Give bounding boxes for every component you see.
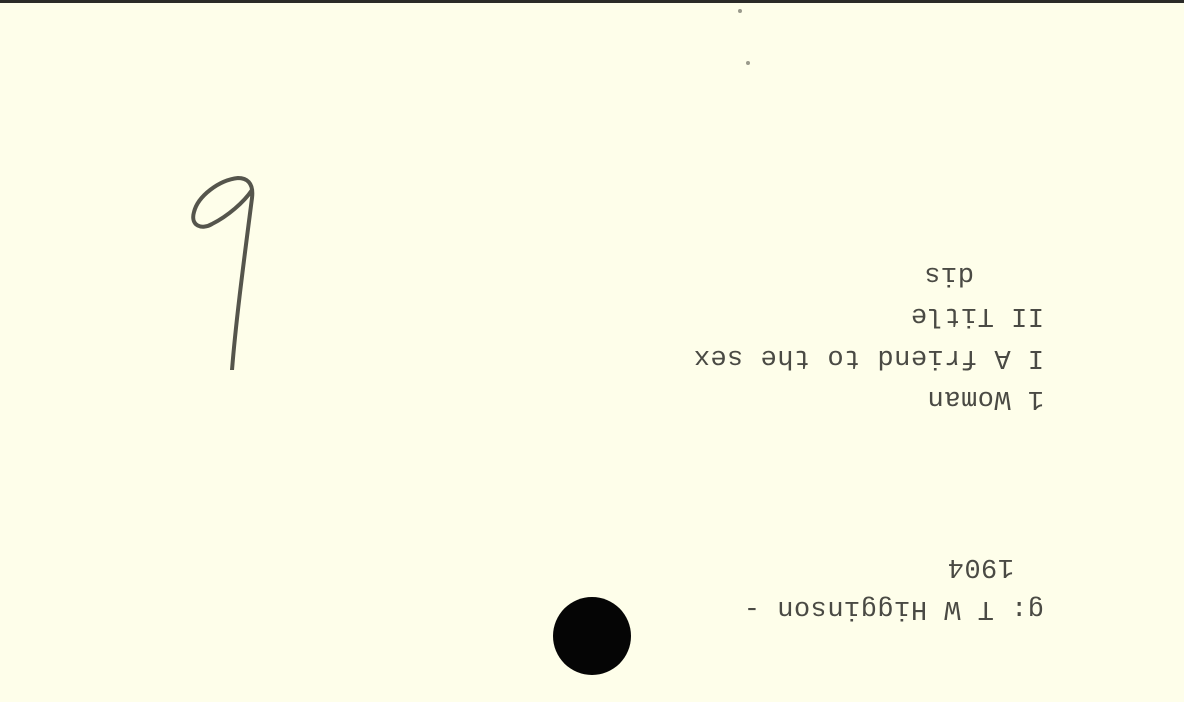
card-year: 1904 xyxy=(947,552,1014,579)
card-content-rotated: g: T W Higginson - 1904 1 Woman I A frie… xyxy=(0,3,1184,702)
card-heading: g: T W Higginson - xyxy=(743,594,1044,621)
entry-line: I A friend to the sex xyxy=(693,343,1044,370)
handwritten-number-mark xyxy=(174,160,264,370)
entry-line: dis xyxy=(924,260,974,287)
entry-line: II Title xyxy=(910,301,1044,328)
catalog-card: g: T W Higginson - 1904 1 Woman I A frie… xyxy=(0,0,1184,702)
entry-line: 1 Woman xyxy=(927,384,1044,411)
punch-hole-icon xyxy=(553,597,631,675)
